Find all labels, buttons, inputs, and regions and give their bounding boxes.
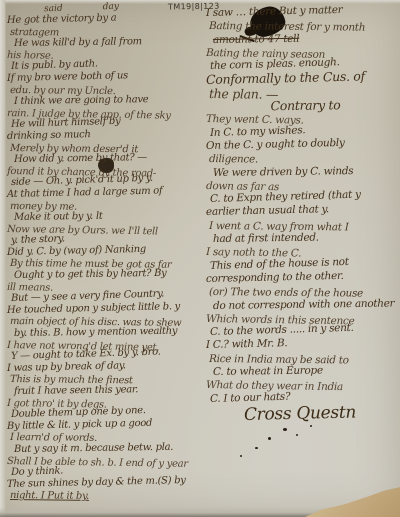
manuscript-line: earlier than usual that y.: [206, 202, 398, 220]
manuscript-line: We were driven by C. winds: [213, 164, 398, 180]
manuscript-line: I think we are going to have: [14, 93, 205, 107]
manuscript-line: do not correspond with one another: [213, 297, 398, 313]
manuscript-line: Make it out by y. lt: [14, 209, 205, 223]
ink-spot: [255, 447, 258, 449]
right-column: I saw … there But y matter Bating the in…: [206, 7, 398, 422]
ink-spot: [283, 428, 287, 431]
manuscript-line: Ought y to get this by heart? By: [14, 267, 205, 281]
ink-spot: [310, 425, 312, 427]
ink-spot: [240, 455, 242, 457]
ink-spot: [268, 437, 271, 440]
manuscript-line: night. I Put it by.: [10, 490, 205, 504]
manuscript-line: C. to wheat in Europe: [213, 363, 398, 379]
manuscript-line: I C.? with Mr. B.: [206, 335, 398, 353]
ink-spot: [296, 434, 298, 436]
manuscript-line: had at first intended.: [213, 230, 398, 246]
manuscript-line: I saw … there But y matter: [206, 3, 398, 21]
torn-corner: [305, 483, 400, 517]
manuscript-line: amount to 47 tell: [213, 31, 398, 47]
manuscript-line: fruit I have seen this year.: [14, 383, 205, 397]
manuscript-line: Conformally to the Cus. of: [206, 69, 398, 87]
section-heading: Contrary to: [213, 97, 398, 113]
manuscript-page: TM19|8|123 said day He got the victory b…: [0, 0, 400, 517]
manuscript-line: How did y. come by that? —: [14, 151, 205, 165]
manuscript-line: by. this. B. how y mention wealthy: [14, 325, 205, 339]
paper-edge-left: [0, 0, 6, 517]
manuscript-line: He got the victory by a: [7, 11, 205, 27]
manuscript-line: But y say it m. because betw. pla.: [14, 441, 205, 455]
left-column: He got the victory by a stratagem He was…: [7, 15, 205, 502]
manuscript-line: He was kill'd by a fall from: [14, 36, 205, 50]
closing-line: Cross Questn: [244, 405, 398, 422]
